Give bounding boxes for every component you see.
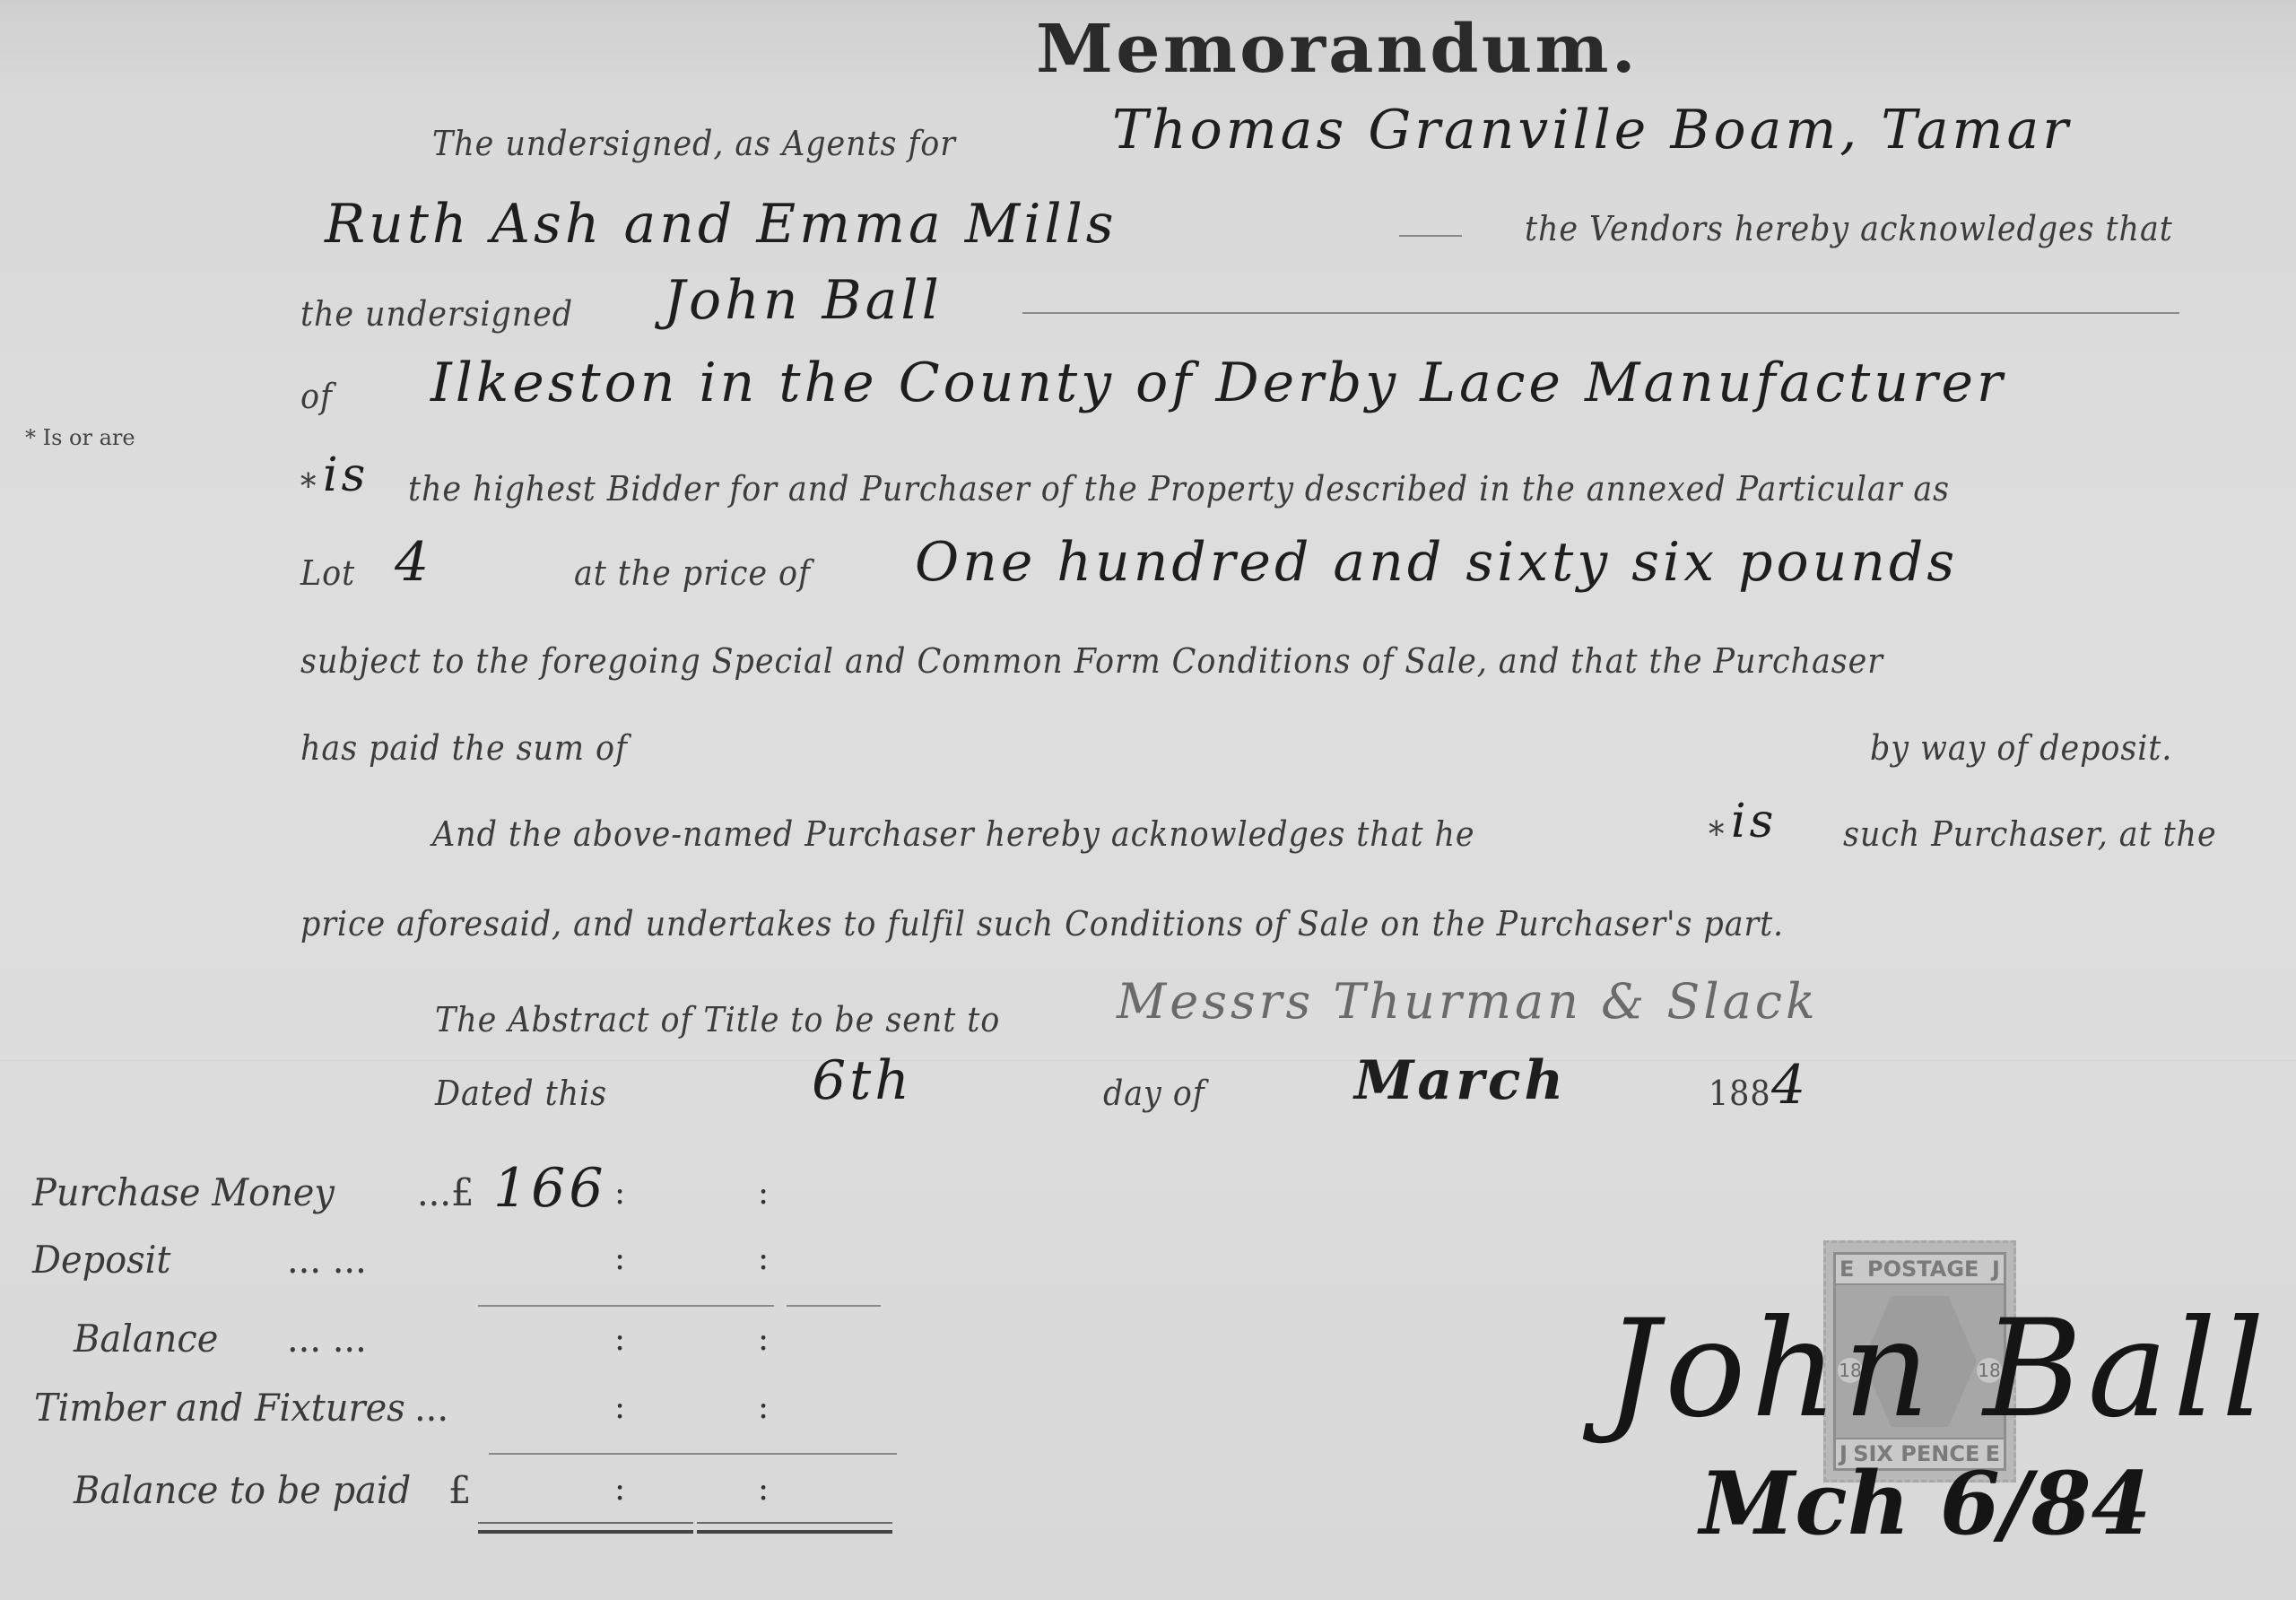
day-handwritten: 6th	[812, 1049, 913, 1112]
balance-to-be-paid-currency: £	[448, 1468, 471, 1512]
deposit-label: Deposit	[32, 1238, 170, 1282]
total-rule	[489, 1453, 897, 1455]
year-handwritten: 4	[1771, 1054, 1809, 1117]
double-total-rule	[697, 1522, 892, 1534]
purchaser-address-handwritten: Ilkeston in the County of Derby Lace Man…	[430, 352, 2006, 414]
undersigned-label: the undersigned	[300, 294, 573, 334]
stamp-top-band: E POSTAGE J	[1836, 1255, 2004, 1285]
such-purchaser-text: such Purchaser, at the	[1843, 814, 2217, 854]
is-handwritten-2: is	[1731, 795, 1777, 848]
colon-divider: :	[758, 1175, 769, 1212]
highest-bidder-text: the highest Bidder for and Purchaser of …	[408, 469, 1950, 509]
dated-this-label: Dated this	[435, 1074, 607, 1113]
asterisk-marker: *	[300, 466, 317, 506]
colon-divider: :	[614, 1240, 625, 1277]
vendors-acknowledge-text: the Vendors hereby acknowledges that	[1525, 209, 2173, 248]
purchaser-name-rule	[1022, 312, 2179, 314]
balance-to-be-paid-label: Balance to be paid	[74, 1468, 411, 1512]
vendor-names-handwritten-1: Thomas Granville Boam, Tamar	[1112, 99, 2072, 161]
deposit-leader: ... ...	[287, 1238, 367, 1282]
colon-divider: :	[614, 1175, 625, 1212]
agents-for-label: The undersigned, as Agents for	[432, 124, 956, 163]
purchase-money-label: Purchase Money	[32, 1170, 335, 1214]
colon-divider: :	[758, 1471, 769, 1508]
abstract-recipient-handwritten: Messrs Thurman & Slack	[1117, 973, 1819, 1030]
price-of-label: at the price of	[574, 553, 811, 593]
by-way-of-deposit-label: by way of deposit.	[1870, 728, 2172, 768]
colon-divider: :	[758, 1240, 769, 1277]
colon-divider: :	[614, 1389, 625, 1426]
month-handwritten: March	[1354, 1049, 1567, 1112]
is-handwritten: is	[323, 448, 369, 502]
paid-sum-label: has paid the sum of	[300, 728, 628, 768]
colon-divider: :	[614, 1471, 625, 1508]
purchase-money-leader: ...£	[417, 1170, 474, 1214]
timber-fixtures-leader: ...	[414, 1386, 448, 1430]
price-words-handwritten: One hundred and sixty six pounds	[915, 531, 1958, 594]
dash-rule	[1399, 235, 1462, 237]
lot-label: Lot	[300, 553, 355, 593]
abstract-of-title-label: The Abstract of Title to be sent to	[435, 1000, 1000, 1039]
colon-divider: :	[614, 1321, 625, 1358]
year-printed: 188	[1709, 1074, 1770, 1113]
lot-number-handwritten: 4	[395, 531, 432, 594]
margin-note-is-or-are: * Is or are	[25, 425, 135, 450]
purchase-money-amount: 166	[493, 1157, 607, 1220]
day-of-label: day of	[1103, 1074, 1205, 1113]
balance-label: Balance	[74, 1317, 218, 1361]
conditions-of-sale-text: subject to the foregoing Special and Com…	[300, 641, 1883, 681]
subtotal-rule	[787, 1305, 881, 1307]
purchaser-acknowledges-text: And the above-named Purchaser hereby ack…	[432, 814, 1475, 854]
subtotal-rule	[478, 1305, 774, 1307]
vendor-names-handwritten-2: Ruth Ash and Emma Mills	[325, 193, 1118, 256]
stamp-postage-text: POSTAGE	[1867, 1257, 1979, 1282]
colon-divider: :	[758, 1389, 769, 1426]
stamp-corner-letter: E	[1839, 1257, 1854, 1282]
page-title: Memorandum.	[1036, 11, 1639, 88]
balance-leader: ... ...	[287, 1317, 367, 1361]
of-label: of	[300, 377, 333, 416]
purchaser-name-handwritten: John Ball	[664, 269, 943, 332]
stamp-corner-letter: J	[1992, 1257, 2000, 1282]
purchaser-signature: John Ball	[1605, 1291, 2270, 1448]
double-total-rule	[478, 1522, 693, 1534]
fulfil-conditions-text: price aforesaid, and undertakes to fulfi…	[300, 904, 1784, 943]
colon-divider: :	[758, 1321, 769, 1358]
timber-fixtures-label: Timber and Fixtures	[34, 1386, 405, 1430]
signature-date: Mch 6/84	[1700, 1453, 2151, 1554]
asterisk-marker-2: *	[1709, 814, 1725, 854]
paper-fold-crease	[0, 1058, 2296, 1061]
